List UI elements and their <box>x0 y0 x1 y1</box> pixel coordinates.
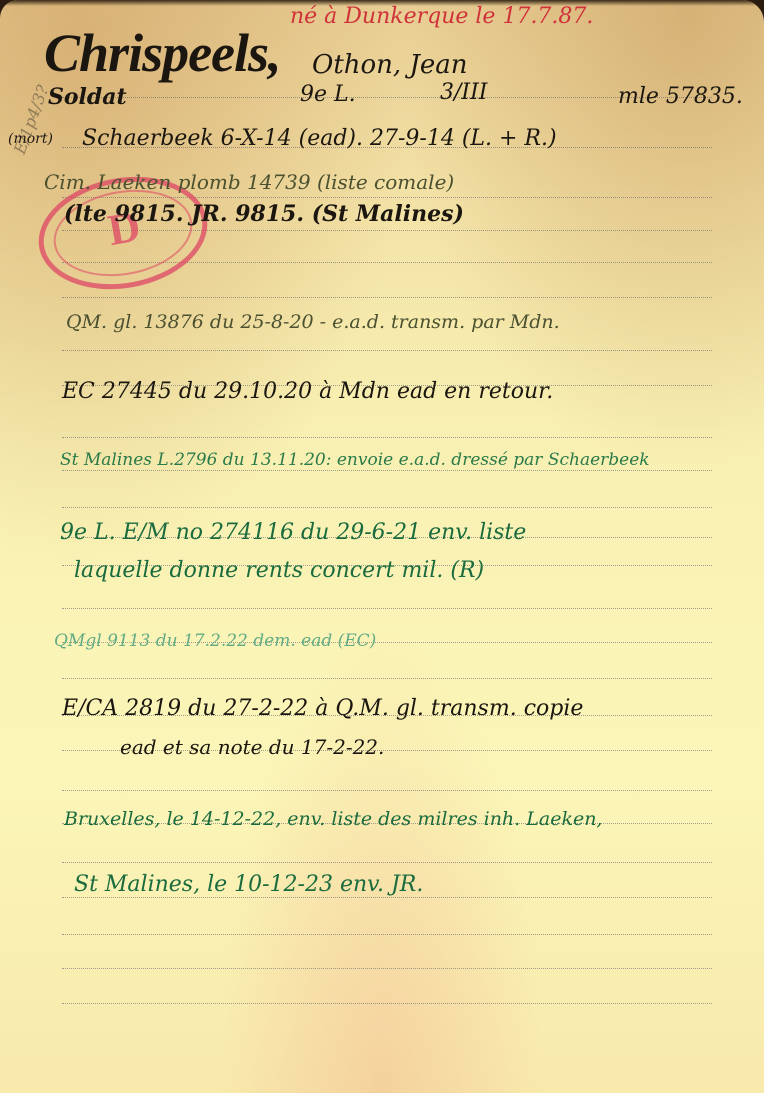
rule-line <box>62 97 712 98</box>
rule-line <box>62 350 712 351</box>
rank: Soldat <box>48 86 127 108</box>
rule-line <box>62 862 712 863</box>
birth-note: né à Dunkerque le 17.7.87. <box>290 6 593 28</box>
rule-line <box>62 1003 712 1004</box>
rule-line <box>62 470 712 471</box>
unit: 3/III <box>440 82 487 104</box>
entry-death: Schaerbeek 6-X-14 (ead). 27-9-14 (L. + R… <box>82 128 557 150</box>
entry-list: (lte 9815. JR. 9815. (St Malines) <box>64 203 464 225</box>
regiment: 9e L. <box>300 84 356 106</box>
rule-line <box>62 678 712 679</box>
entry-qmgl: QM. gl. 13876 du 25-8-20 - e.a.d. transm… <box>66 313 560 332</box>
entry-etat-major-2: laquelle donne rents concert mil. (R) <box>74 560 484 582</box>
entry-bruxelles: Bruxelles, le 14-12-22, env. liste des m… <box>64 810 602 829</box>
rule-line <box>62 507 712 508</box>
index-card: E/1p4/3? né à Dunkerque le 17.7.87. Chri… <box>0 0 764 1093</box>
rule-line <box>62 897 712 898</box>
rule-line <box>62 437 712 438</box>
entry-prefix: (mort) <box>8 132 53 146</box>
entry-malines-2: St Malines, le 10-12-23 env. JR. <box>74 874 423 896</box>
matricule: mle 57835. <box>618 86 743 108</box>
entry-qmgl-2: QMgl 9113 du 17.2.22 dem. ead (EC) <box>54 633 376 650</box>
surname: Chrispeels, <box>44 26 281 80</box>
entry-burial: Cim. Laeken plomb 14739 (liste comale) <box>44 172 454 192</box>
entry-eca-1: E/CA 2819 du 27-2-22 à Q.M. gl. transm. … <box>62 698 583 720</box>
entry-malines-1: St Malines L.2796 du 13.11.20: envoie e.… <box>60 452 650 469</box>
given-names: Othon, Jean <box>312 52 468 78</box>
entry-etat-major-1: 9e L. E/M no 274116 du 29-6-21 env. list… <box>60 522 526 544</box>
rule-line <box>62 934 712 935</box>
entry-eca-2: ead et sa note du 17-2-22. <box>120 737 384 757</box>
rule-line <box>62 297 712 298</box>
entry-ec: EC 27445 du 29.10.20 à Mdn ead en retour… <box>62 381 553 403</box>
rule-line <box>62 790 712 791</box>
rule-line <box>62 608 712 609</box>
rule-line <box>62 968 712 969</box>
